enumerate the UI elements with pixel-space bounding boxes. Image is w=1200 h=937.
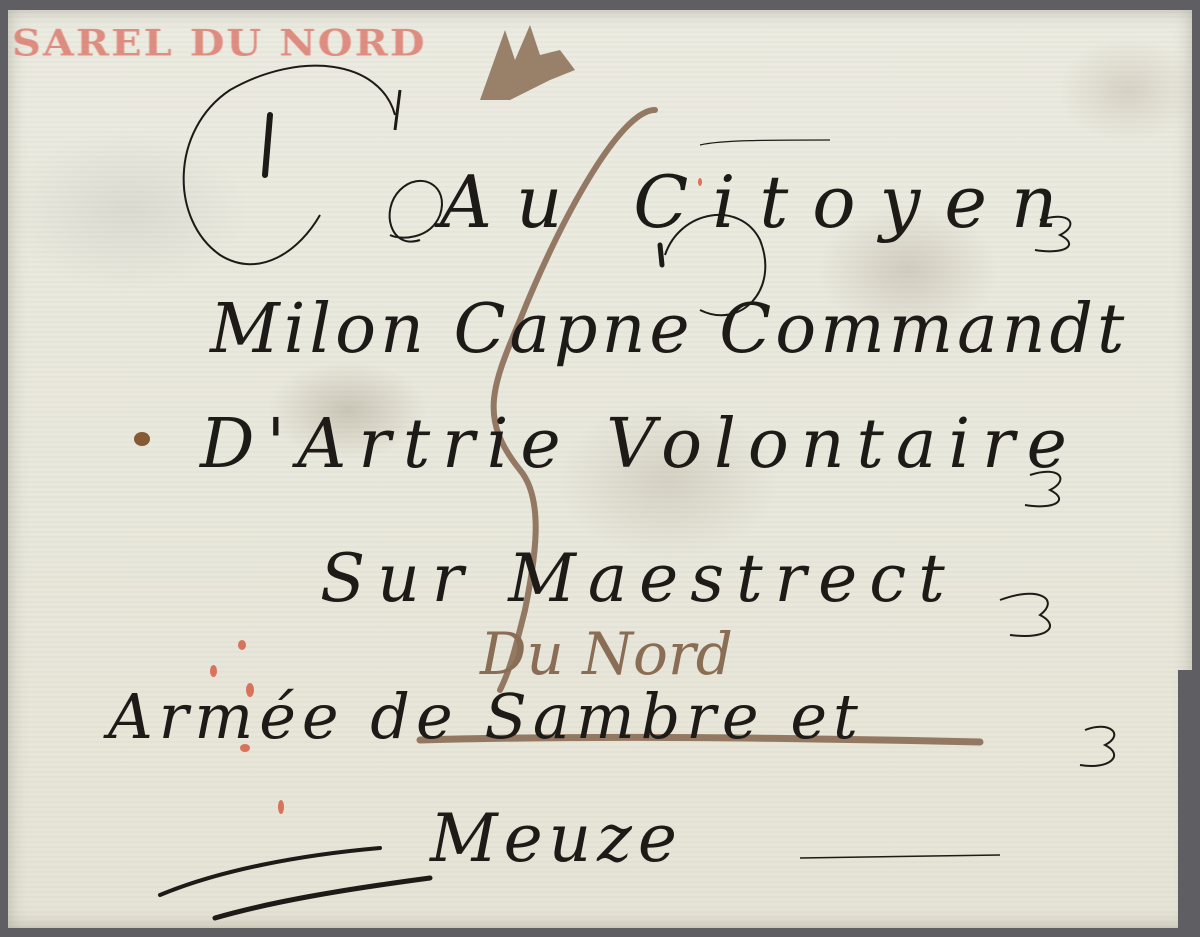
address-line-4: Sur Maestrect bbox=[320, 540, 957, 617]
address-line-3: D'Artrie Volontaire bbox=[200, 405, 1079, 484]
address-line-1: Au Citoyen bbox=[440, 160, 1081, 244]
address-line-5: Armée de Sambre et bbox=[108, 680, 864, 753]
address-line-6: Meuze bbox=[430, 800, 683, 877]
quill-blot bbox=[480, 25, 575, 100]
address-line-2: Milon Capne Commandt bbox=[210, 290, 1128, 369]
correction-text: Du Nord bbox=[480, 620, 733, 688]
